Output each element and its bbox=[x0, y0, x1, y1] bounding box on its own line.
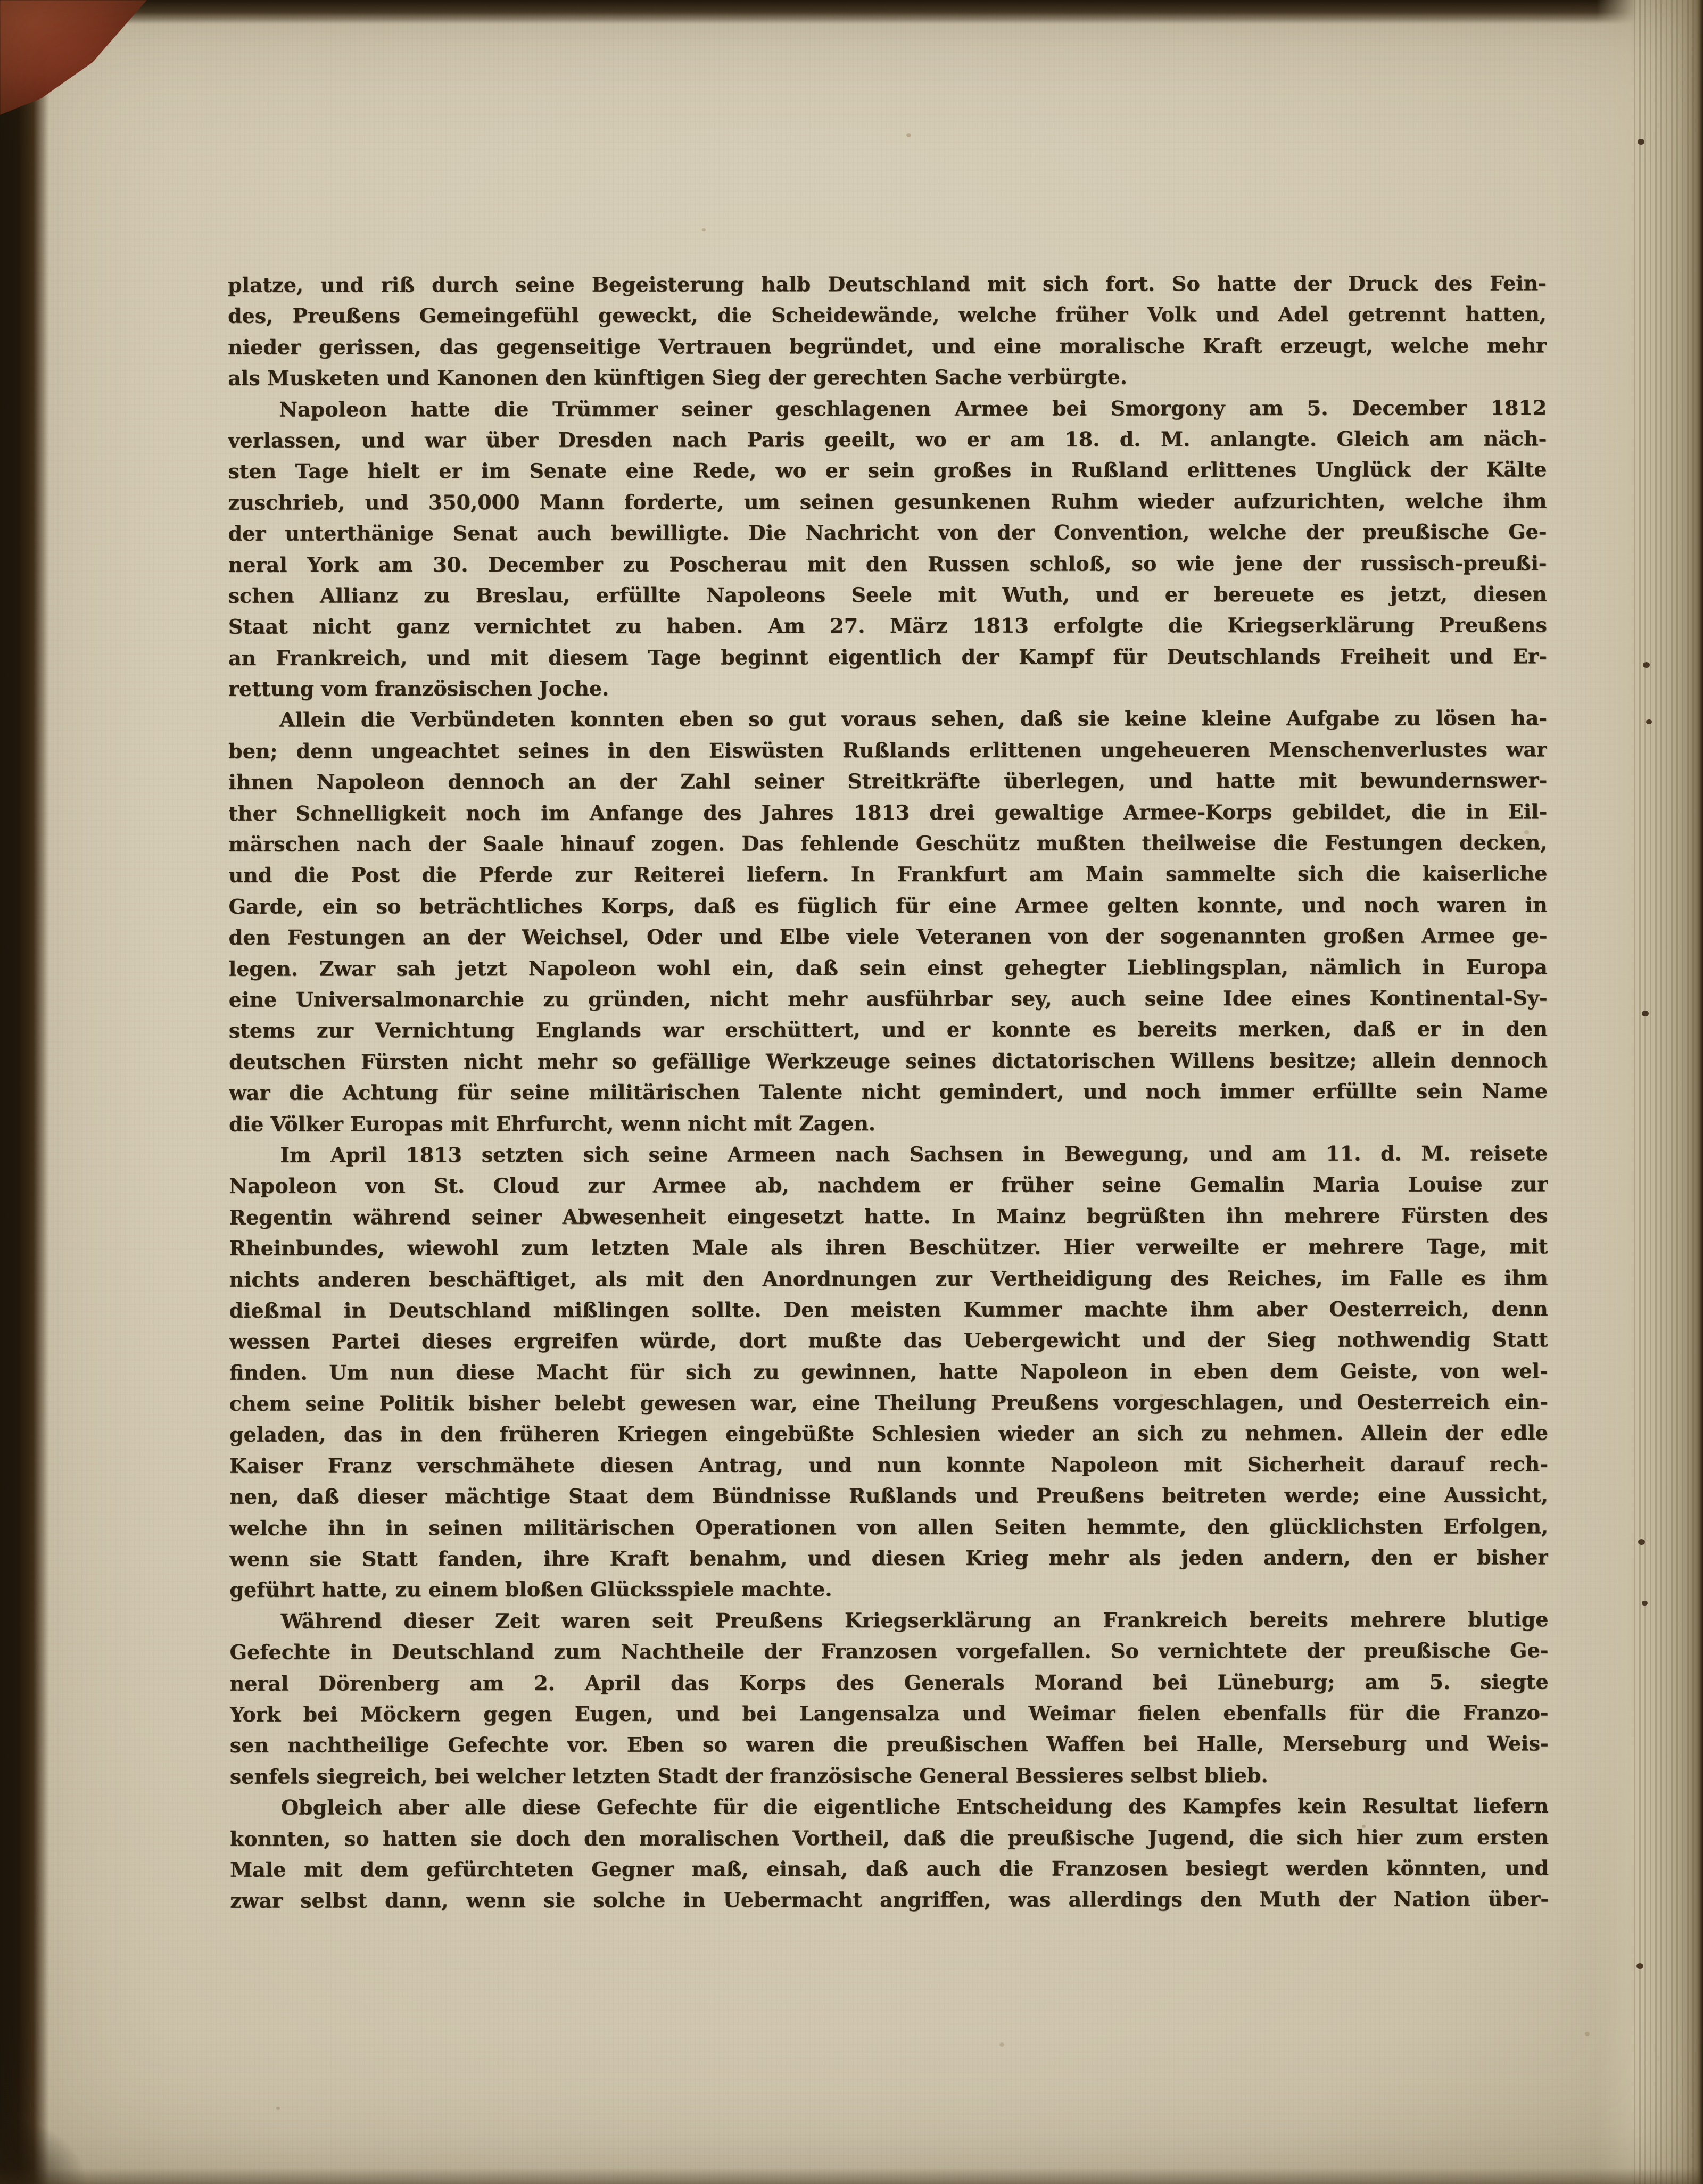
scanned-book-page: platze, und riß durch seine Begeisterung… bbox=[0, 0, 1703, 2184]
scan-vignette bbox=[0, 0, 1703, 2184]
